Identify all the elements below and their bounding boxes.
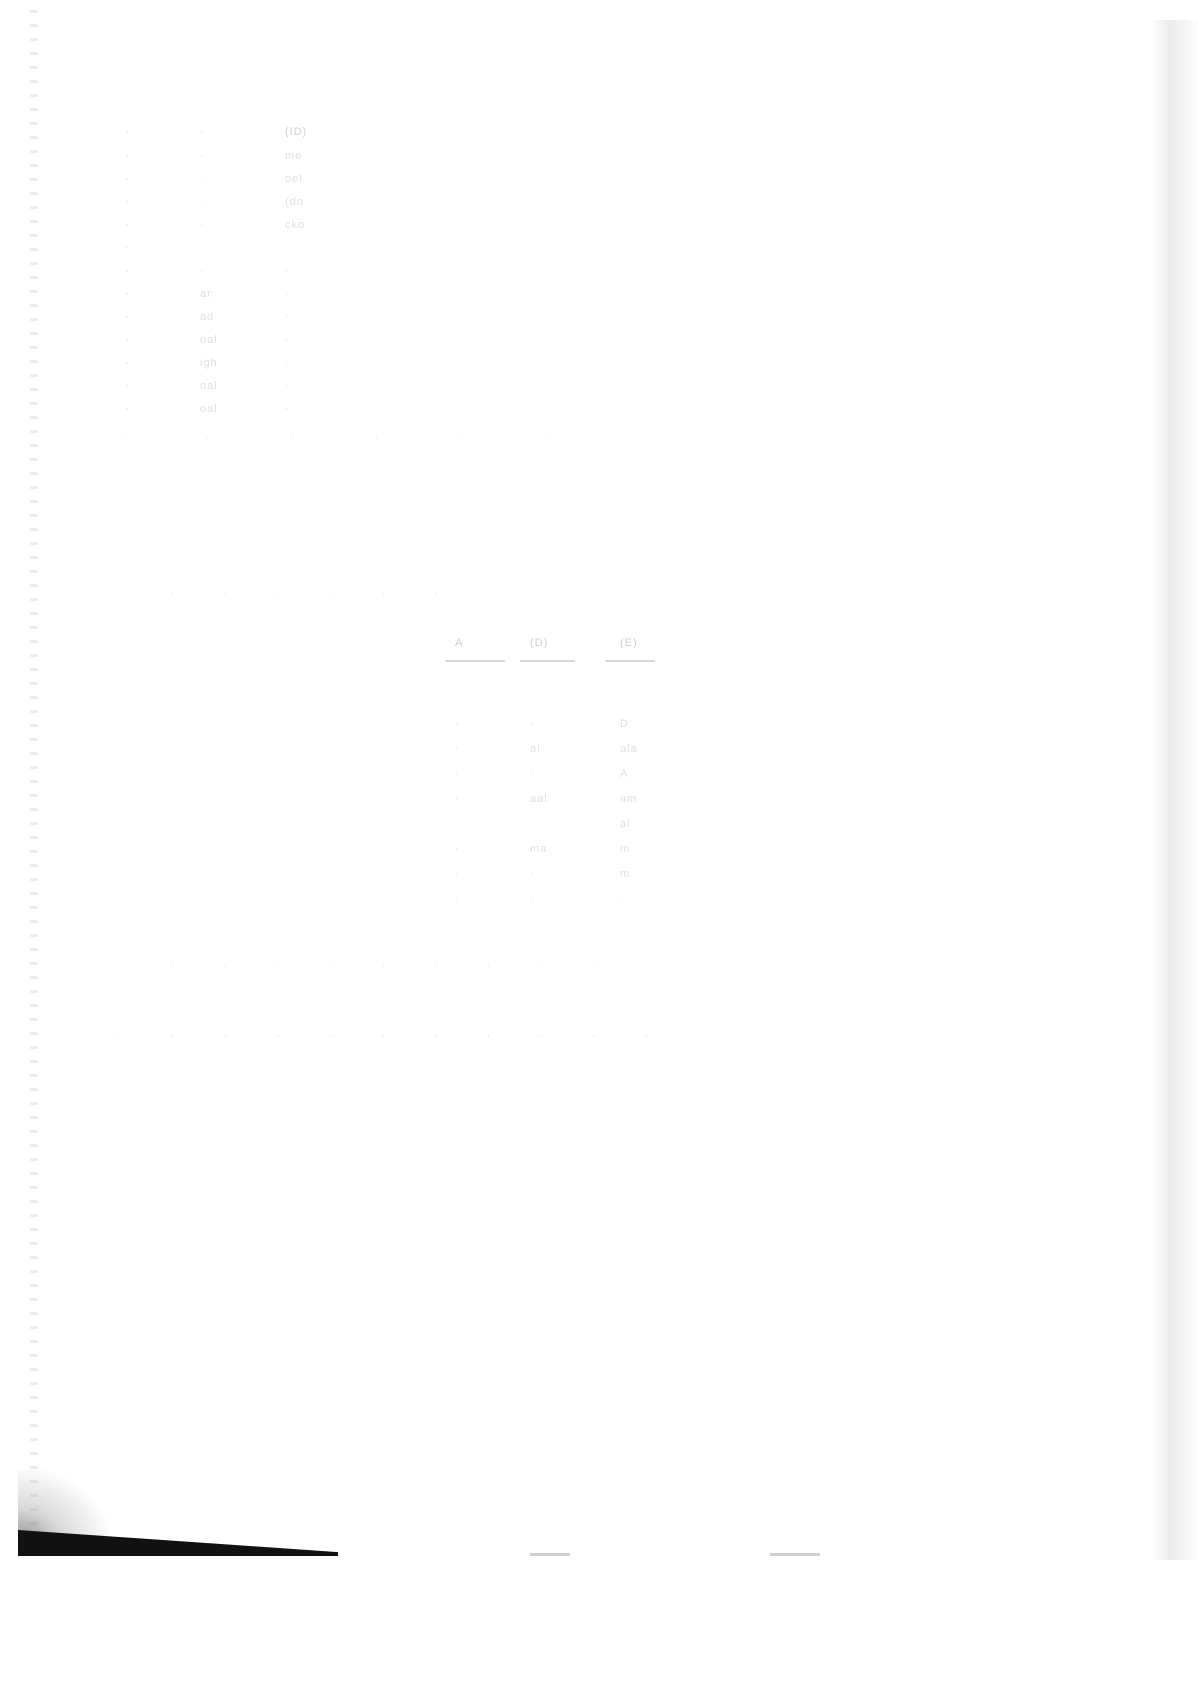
table-footer-cell: · [120, 432, 125, 444]
table-cell: · [125, 173, 130, 185]
table-cell: m [620, 868, 630, 880]
text-line: · · · · · · · · · · [118, 960, 597, 972]
table-footer-cell: · [205, 432, 210, 444]
table-cell: · [285, 311, 290, 323]
table-cell: · [125, 357, 130, 369]
table-cell: aal [530, 793, 548, 805]
table-footer-cell: · [460, 432, 465, 444]
table-header-cell: · [125, 126, 130, 138]
table-header-cell: (E) [620, 637, 638, 649]
table-cell: · [620, 893, 625, 905]
table-cell: ar [200, 288, 212, 300]
table-cell: · [455, 793, 460, 805]
table-cell: · [125, 242, 130, 254]
header-underline [605, 660, 655, 662]
scan-mark [770, 1553, 820, 1556]
header-underline [445, 660, 505, 662]
table-cell: m [620, 843, 630, 855]
table-cell: · [530, 818, 535, 830]
table-cell: · [285, 357, 290, 369]
table-cell: · [200, 219, 205, 231]
table-cell: oel [285, 173, 303, 185]
table-footer-cell: · [545, 432, 550, 444]
table-cell: · [200, 265, 205, 277]
table-footer-cell: · [290, 432, 295, 444]
table-cell: ma [530, 843, 547, 855]
table-header-cell: (ID) [285, 126, 307, 138]
table-header-cell: A [455, 637, 463, 649]
table-cell: · [455, 868, 460, 880]
table-cell: ad [200, 311, 214, 323]
table-cell: · [285, 288, 290, 300]
table-cell: · [285, 403, 290, 415]
table-cell: oal [200, 334, 218, 346]
scanned-page: ··(ID)··me··oel··(dn··cko·······ar··ad··… [0, 0, 1198, 1687]
table-footer-cell: · [630, 432, 635, 444]
table-footer-cell: · [375, 432, 380, 444]
table-cell: D [620, 718, 629, 730]
table-cell: · [455, 768, 460, 780]
table-cell: · [125, 150, 130, 162]
scan-right-edge [1150, 20, 1198, 1560]
table-cell: · [125, 265, 130, 277]
table-cell: · [455, 893, 460, 905]
table-cell: · [285, 334, 290, 346]
table-cell: · [200, 173, 205, 185]
header-underline [520, 660, 575, 662]
table-cell: · [530, 893, 535, 905]
table-cell: · [285, 380, 290, 392]
table-cell: · [455, 743, 460, 755]
scan-mark [530, 1553, 570, 1556]
text-line: · · · · · · · · · · · · [118, 570, 702, 582]
table-cell: · [125, 403, 130, 415]
table-cell: · [125, 380, 130, 392]
table-cell: me [285, 150, 302, 162]
table-cell: · [200, 242, 205, 254]
scan-black-edge [18, 1530, 338, 1556]
table-header-cell: · [200, 126, 205, 138]
table-cell: · [530, 768, 535, 780]
text-line: · · · · · · · [118, 588, 439, 600]
scan-left-edge [30, 10, 38, 1540]
table-cell: ai [530, 743, 541, 755]
table-cell: al [620, 818, 631, 830]
table-cell: igh [200, 357, 218, 369]
table-cell: cko [285, 219, 305, 231]
table-cell: · [285, 265, 290, 277]
table-cell: A [620, 768, 628, 780]
text-line: · · · · · [118, 978, 333, 990]
table-cell: · [285, 242, 290, 254]
table-cell: · [125, 334, 130, 346]
table-cell: · [455, 843, 460, 855]
table-cell: (dn [285, 196, 304, 208]
table-cell: am [620, 793, 637, 805]
table-cell: · [125, 196, 130, 208]
table-cell: · [200, 196, 205, 208]
table-header-cell: (D) [530, 637, 548, 649]
table-cell: · [455, 718, 460, 730]
table-cell: oal [200, 403, 218, 415]
table-cell: · [125, 219, 130, 231]
table-cell: · [200, 150, 205, 162]
table-cell: · [125, 288, 130, 300]
table-cell: · [455, 818, 460, 830]
text-line: · · · · · · · · · · · [118, 1030, 649, 1042]
table-cell: · [530, 718, 535, 730]
table-cell: · [125, 311, 130, 323]
table-cell: oal [200, 380, 218, 392]
table-cell: · [530, 868, 535, 880]
table-cell: ala [620, 743, 638, 755]
